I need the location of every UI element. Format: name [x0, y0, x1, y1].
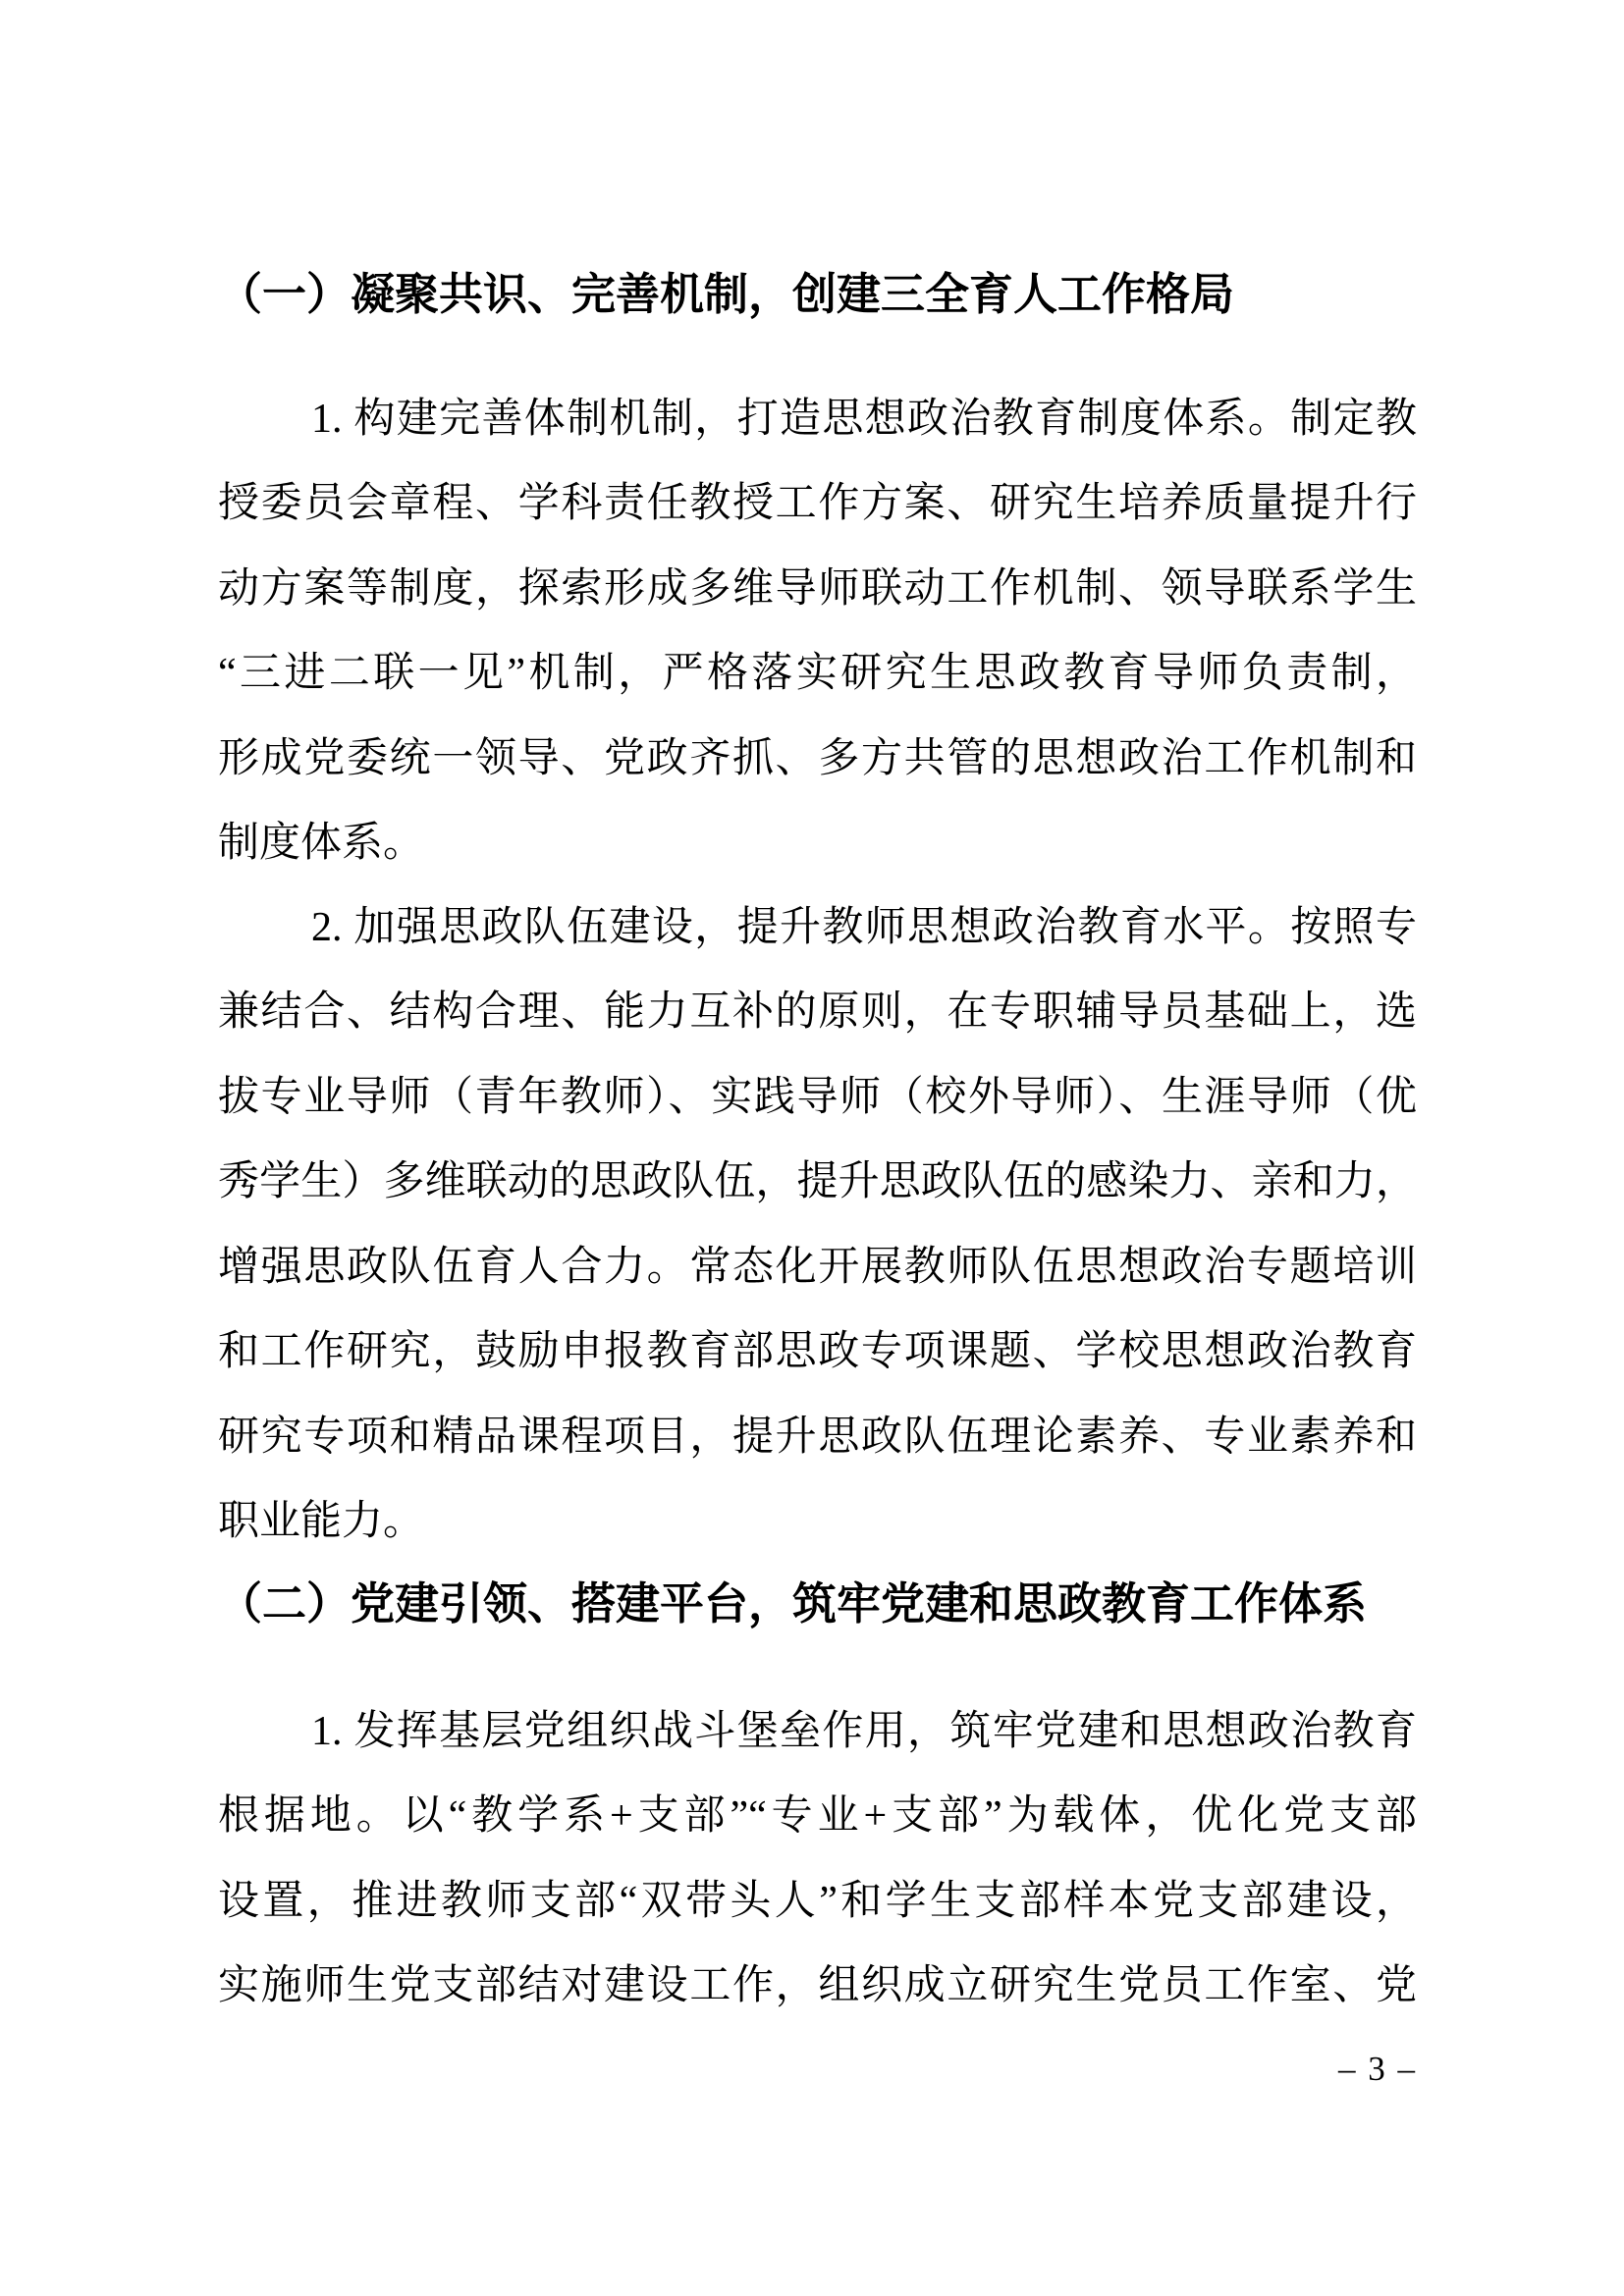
paragraph-1-line: “三进二联一见”机制，严格落实研究生思政教育导师负责制，: [218, 631, 1417, 717]
paragraph-3-line: 设置，推进教师支部“双带头人”和学生支部样本党支部建设，: [218, 1859, 1417, 1945]
paragraph-2-line: 和工作研究，鼓励申报教育部思政专项课题、学校思想政治教育: [218, 1309, 1417, 1395]
paragraph-2-line: 兼结合、结构合理、能力互补的原则，在专职辅导员基础上，选: [218, 970, 1417, 1055]
document-page: （一）凝聚共识、完善机制，创建三全育人工作格局 1. 构建完善体制机制，打造思想…: [0, 0, 1624, 2296]
paragraph-2-line: 2. 加强思政队伍建设，提升教师思想政治教育水平。按照专: [218, 885, 1417, 971]
paragraph-3-line: 1. 发挥基层党组织战斗堡垒作用，筑牢党建和思想政治教育: [218, 1689, 1417, 1775]
paragraph-1-line: 动方案等制度，探索形成多维导师联动工作机制、领导联系学生: [218, 547, 1417, 632]
paragraph-1-line: 形成党委统一领导、党政齐抓、多方共管的思想政治工作机制和: [218, 717, 1417, 802]
paragraph-2-line: 秀学生）多维联动的思政队伍，提升思政队伍的感染力、亲和力，: [218, 1140, 1417, 1225]
paragraph-3-line: 根据地。以“教学系+支部”“专业+支部”为载体，优化党支部: [218, 1774, 1417, 1859]
section-1-heading: （一）凝聚共识、完善机制，创建三全育人工作格局: [218, 250, 1417, 339]
paragraph-3-line: 实施师生党支部结对建设工作，组织成立研究生党员工作室、党: [218, 1944, 1417, 2029]
paragraph-1-line: 1. 构建完善体制机制，打造思想政治教育制度体系。制定教: [218, 377, 1417, 462]
paragraph-1-line: 授委员会章程、学科责任教授工作方案、研究生培养质量提升行: [218, 461, 1417, 547]
page-number: – 3 –: [218, 2050, 1417, 2089]
paragraph-2-line: 增强思政队伍育人合力。常态化开展教师队伍思想政治专题培训: [218, 1225, 1417, 1310]
paragraph-2-line: 研究专项和精品课程项目，提升思政队伍理论素养、专业素养和: [218, 1395, 1417, 1480]
paragraph-2-line: 职业能力。: [218, 1479, 1417, 1565]
section-2-heading: （二）党建引领、搭建平台，筑牢党建和思政教育工作体系: [218, 1560, 1417, 1648]
paragraph-2-line: 拔专业导师（青年教师）、实践导师（校外导师）、生涯导师（优: [218, 1055, 1417, 1141]
paragraph-1-line: 制度体系。: [218, 801, 1417, 886]
